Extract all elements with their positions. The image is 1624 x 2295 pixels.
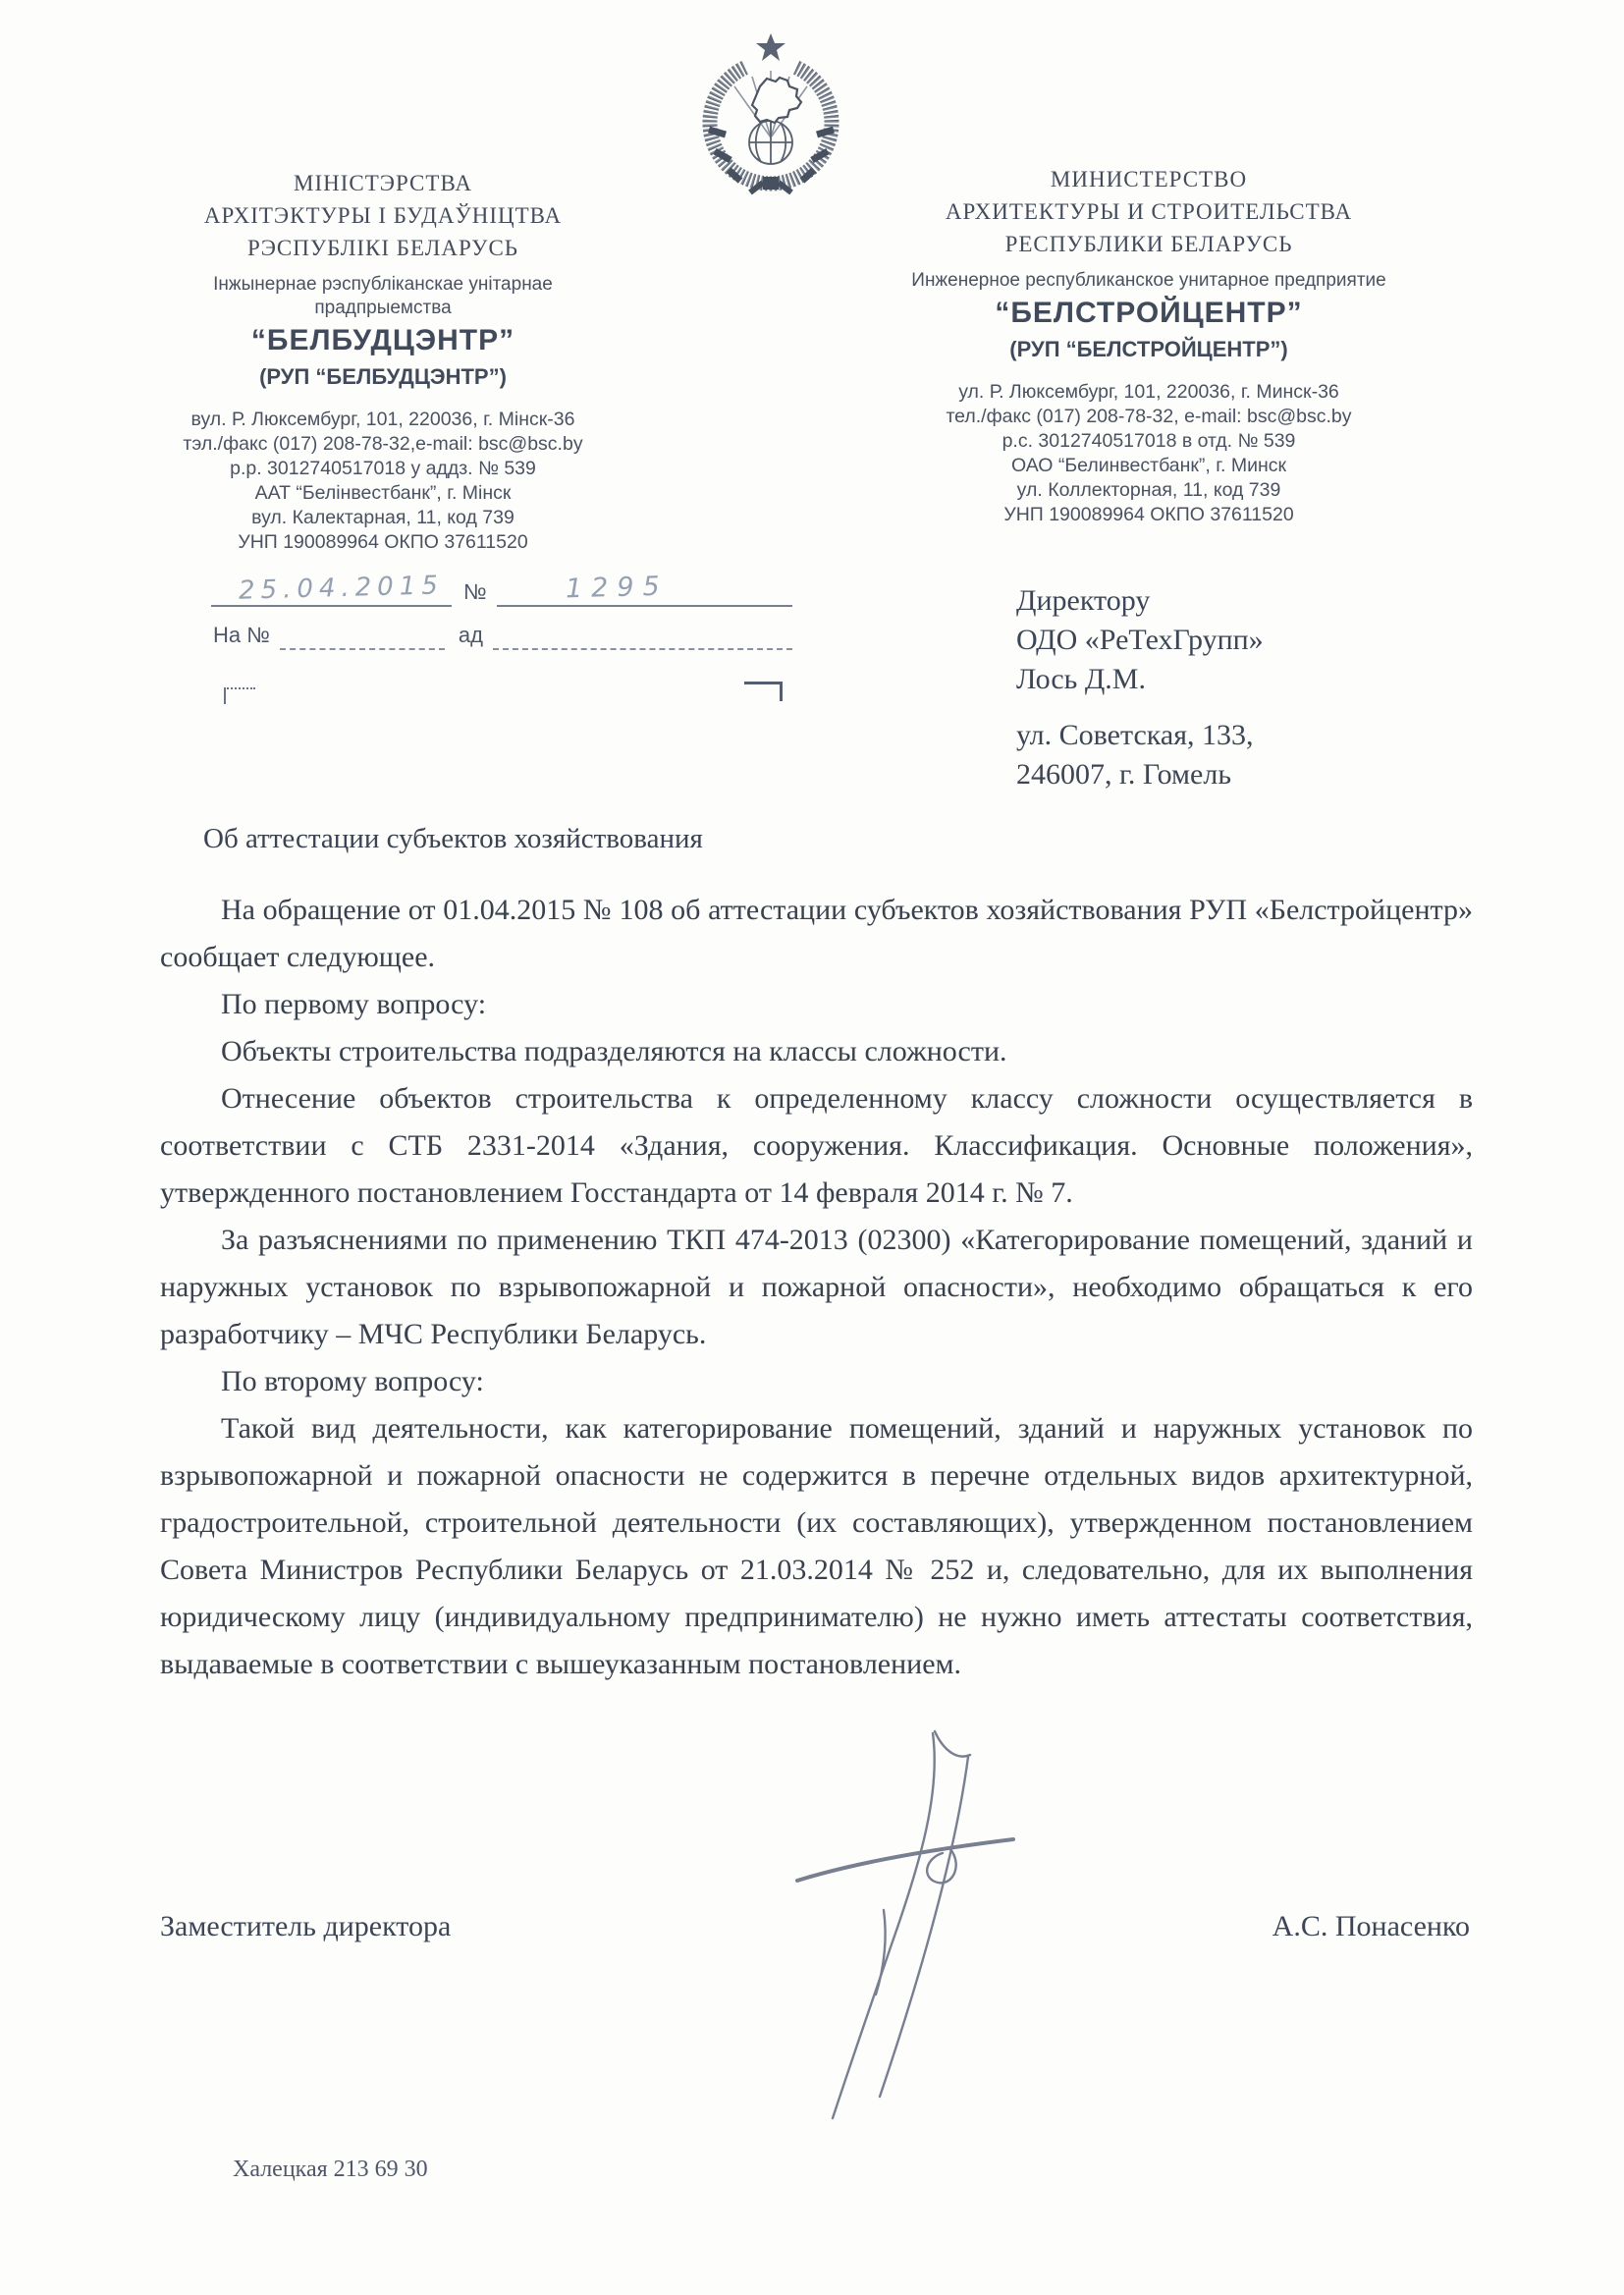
recipient-address: ул. Советская, 133,246007, г. Гомель — [1016, 716, 1458, 794]
number-label: № — [452, 579, 497, 607]
recipient-name-lines: ДиректоруОДО «РеТехГрупп»Лось Д.М. — [1016, 581, 1458, 699]
signer-title: Заместитель директора — [160, 1910, 451, 1943]
address-window-corner-right — [744, 682, 783, 701]
date-field: 25.04.2015 — [211, 566, 452, 607]
org-short-name-ru: (РУП “БЕЛСТРОЙЦЕНТР”) — [884, 335, 1414, 364]
body-paragraph: Такой вид деятельности, как категорирова… — [160, 1405, 1473, 1688]
reply-number-field — [280, 611, 445, 650]
recipient-block: ДиректоруОДО «РеТехГрупп»Лось Д.М. ул. С… — [1016, 581, 1458, 794]
from-date-field — [493, 611, 792, 650]
body-paragraph: За разъяснениями по применению ТКП 474-2… — [160, 1217, 1473, 1358]
org-address-by: вул. Р. Люксембург, 101, 220036, г. Мінс… — [147, 408, 619, 555]
letterhead-belarusian: МІНІСТЭРСТВААРХІТЭКТУРЫ І БУДАЎНІЦТВАРЭС… — [147, 167, 619, 555]
signer-name: А.С. Понасенко — [1272, 1910, 1470, 1943]
handwritten-number: 1295 — [565, 572, 668, 605]
org-type-ru: Инженерное республиканское унитарное пре… — [884, 269, 1414, 293]
body-paragraph: На обращение от 01.04.2015 № 108 об атте… — [160, 887, 1473, 981]
body-paragraph: Отнесение объектов строительства к опред… — [160, 1075, 1473, 1217]
address-window-corner-left — [224, 687, 255, 704]
executor-note: Халецкая 213 69 30 — [233, 2157, 428, 2183]
reply-number-label: На № — [211, 623, 280, 650]
belarus-coat-of-arms-icon — [685, 27, 857, 202]
scanned-letter-page: МІНІСТЭРСТВААРХІТЭКТУРЫ І БУДАЎНІЦТВАРЭС… — [0, 0, 1624, 2295]
signoff-row: Заместитель директора А.С. Понасенко — [160, 1910, 1470, 1943]
ministry-name-by: МІНІСТЭРСТВААРХІТЭКТУРЫ І БУДАЎНІЦТВАРЭС… — [147, 167, 619, 264]
handwritten-date: 25.04.2015 — [239, 571, 445, 605]
number-field: 1295 — [497, 566, 792, 607]
incoming-reference-row: На № ад — [211, 613, 792, 650]
from-date-label: ад — [445, 623, 493, 650]
body-paragraph: Объекты строительства подразделяются на … — [160, 1028, 1473, 1075]
org-type-by: Інжынернае рэспубліканскае унітарнае пра… — [147, 273, 619, 320]
letterhead-russian: МИНИСТЕРСТВОАРХИТЕКТУРЫ И СТРОИТЕЛЬСТВАР… — [884, 163, 1414, 527]
body-paragraph: По первому вопросу: — [160, 981, 1473, 1028]
reference-block: 25.04.2015 № 1295 На № ад — [211, 568, 792, 650]
outgoing-reference-row: 25.04.2015 № 1295 — [211, 568, 792, 607]
org-name-ru: “БЕЛСТРОЙЦЕНТР” — [884, 296, 1414, 331]
body-paragraph: По второму вопросу: — [160, 1358, 1473, 1405]
org-short-name-by: (РУП “БЕЛБУДЦЭНТР”) — [147, 362, 619, 392]
org-name-by: “БЕЛБУДЦЭНТР” — [147, 323, 619, 358]
letter-body: На обращение от 01.04.2015 № 108 об атте… — [160, 887, 1473, 1688]
org-address-ru: ул. Р. Люксембург, 101, 220036, г. Минск… — [884, 380, 1414, 527]
ministry-name-ru: МИНИСТЕРСТВОАРХИТЕКТУРЫ И СТРОИТЕЛЬСТВАР… — [884, 163, 1414, 260]
subject-line: Об аттестации субъектов хозяйствования — [203, 823, 703, 855]
